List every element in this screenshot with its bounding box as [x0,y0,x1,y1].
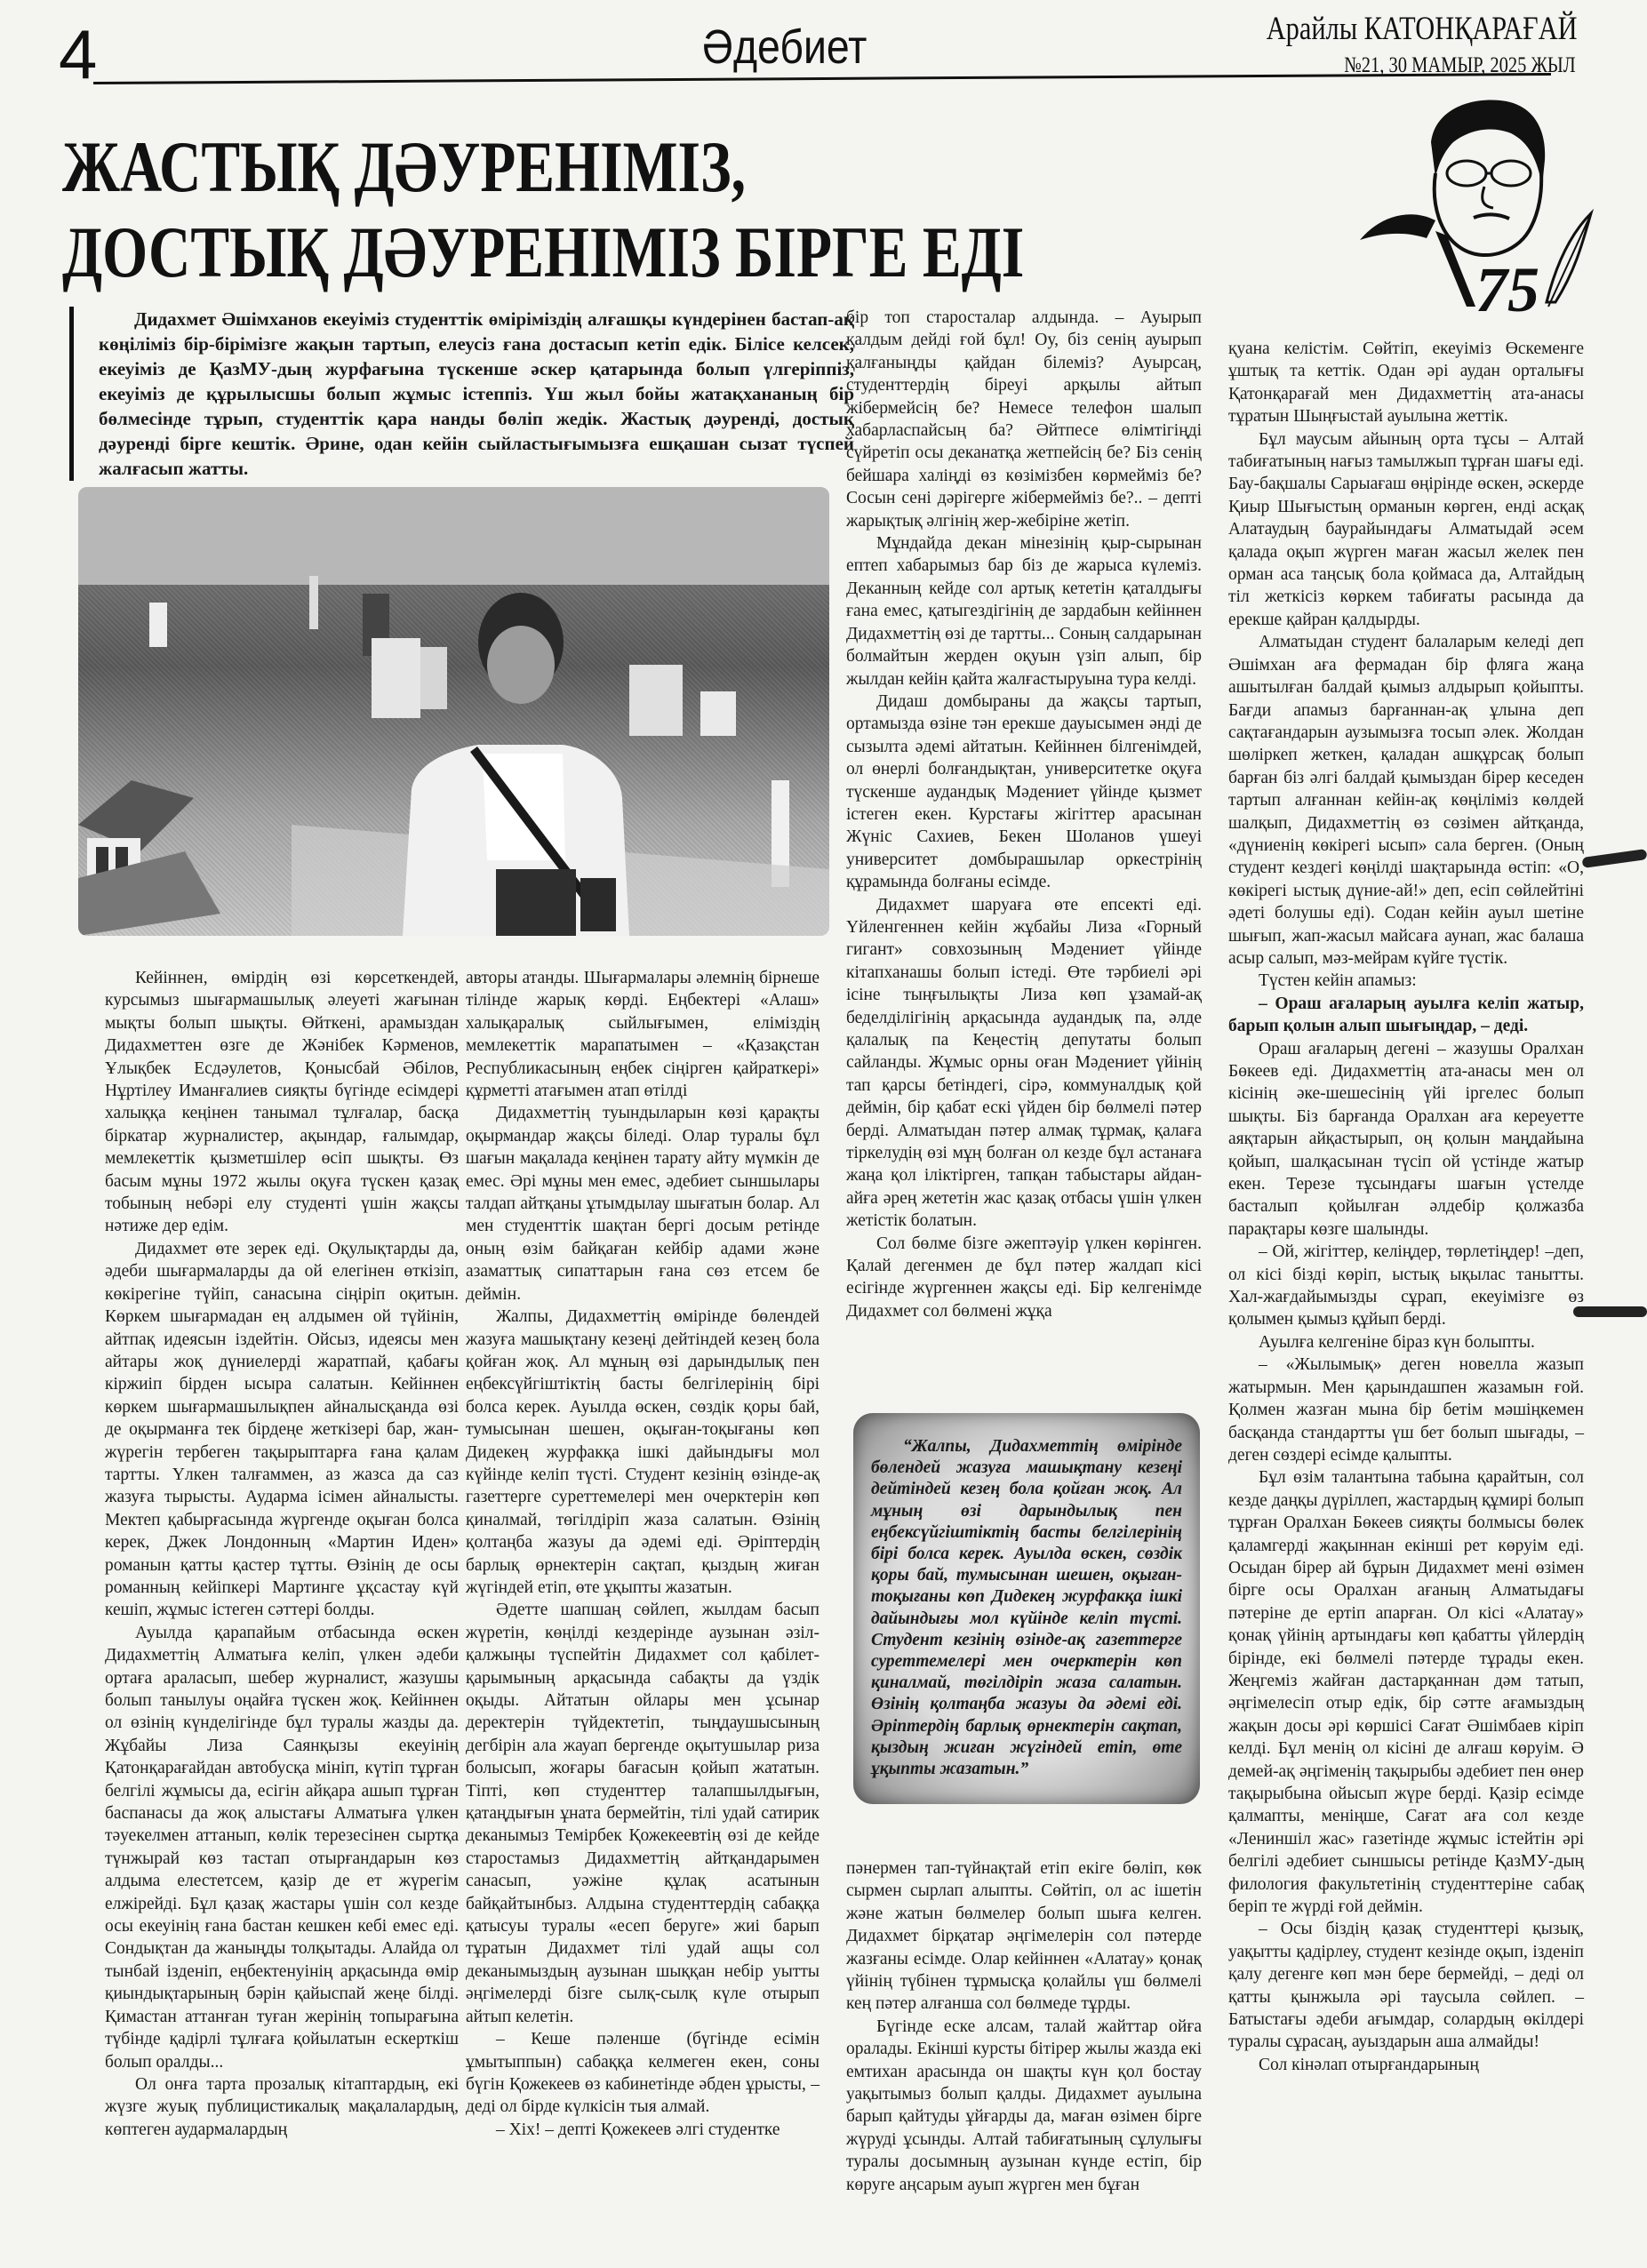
paragraph: Әдетте шапшаң сөйлеп, жылдам басып жүрет… [466,1599,820,2028]
headline-line-1: ЖАСТЫҚ ДӘУРЕНІМІЗ, [62,124,1024,210]
section-title: Әдебиет [702,23,867,71]
page-number: 4 [59,20,97,89]
paragraph: Дидахметтің туындыларын көзі қарақты оқы… [466,1102,820,1306]
pull-quote-text: “Жалпы, Дидахметтің өмірінде бөлендей жа… [871,1436,1182,1780]
paragraph: Кейіннен, өмірдің өзі көрсеткендей, курс… [105,967,459,1238]
article-lead: Дидахмет Әшімханов екеуіміз студенттік ө… [69,307,854,481]
anniversary-badge: 75 [1475,254,1539,325]
paragraph: Дидаш домбыраны да жақсы тартып, ортамыз… [846,691,1202,894]
paragraph: – Хіх! – депті Қожекеев әлгі студентке [466,2119,820,2141]
article-column-4: қуана келістім. Сөйтіп, екеуіміз Өскемен… [1228,338,1584,2076]
headline-line-2: ДОСТЫҚ ДӘУРЕНІМІЗ БІРГЕ ЕДІ [62,210,1024,295]
paragraph: Бүгінде еске алсам, талай жайттар ойға о… [846,2016,1202,2196]
paragraph: Дидахмет шаруаға өте епсекті еді. Үйленг… [846,894,1202,1233]
paragraph: Алматыдан студент балаларым келеді деп Ә… [1228,631,1584,970]
paragraph: – Ораш ағаларың ауылға келіп жатыр, бары… [1228,993,1584,1038]
header-divider [93,73,1551,84]
paragraph: Ауылға келгеніне біраз күн болыпты. [1228,1331,1584,1354]
lead-text: Дидахмет Әшімханов екеуіміз студенттік ө… [99,307,854,481]
paragraph: пәнермен тап-түйнақтай етіп екіге бөліп,… [846,1857,1202,2016]
paragraph: Дидахмет өте зерек еді. Оқулықтарды да, … [105,1238,459,1622]
paragraph: – «Жылымық» деген новелла жазып жатырмын… [1228,1354,1584,1466]
article-headline: ЖАСТЫҚ ДӘУРЕНІМІЗ, ДОСТЫҚ ДӘУРЕНІМІЗ БІР… [62,124,1024,295]
paragraph: Бұл өзім талантына табына қарайтын, сол … [1228,1466,1584,1918]
newspaper-masthead: Арайлы КАТОНҚАРАҒАЙ [1267,12,1578,45]
paragraph: Ораш ағаларың дегені – жазушы Оралхан Бө… [1228,1038,1584,1242]
paragraph: Мұндайда декан мінезінің қыр-сырынан епт… [846,532,1202,691]
paragraph: – Кеше пәленше (бүгінде есімін ұмытыппын… [466,2028,820,2119]
paragraph: Сол кінәлап отырғандарының [1228,2054,1584,2076]
binder-clip-icon [1582,849,1647,868]
article-photo [78,487,829,936]
binder-clip-icon [1573,1306,1647,1317]
paragraph: Ауылда қарапайым отбасында өскен Дидахме… [105,1622,459,2073]
paragraph: авторы атанды. Шығармалары әлемнің бірне… [466,967,820,1102]
paragraph: – Осы біздің қазақ студенттері қызық, уа… [1228,1918,1584,2053]
paragraph: Ол онға тарта прозалық кітаптардың, екі … [105,2073,459,2141]
paragraph: Бұл маусым айының орта тұсы – Алтай таби… [1228,428,1584,632]
paragraph: Түстен кейін апамыз: [1228,970,1584,992]
newspaper-prefix: Арайлы [1267,11,1357,47]
portrait-sketch-icon: 75 [1342,89,1635,329]
newspaper-name: КАТОНҚАРАҒАЙ [1364,11,1578,47]
article-column-2: авторы атанды. Шығармалары әлемнің бірне… [466,967,820,2141]
pull-quote: “Жалпы, Дидахметтің өмірінде бөлендей жа… [853,1413,1200,1804]
paragraph: Сол бөлме бізге әжептәуір үлкен көрінген… [846,1233,1202,1323]
paragraph: Жалпы, Дидахметтің өмірінде бөлендей жаз… [466,1306,820,1599]
paragraph: қуана келістім. Сөйтіп, екеуіміз Өскемен… [1228,338,1584,428]
article-column-3: бір топ старосталар алдында. – Ауырып қа… [846,307,1202,1322]
article-column-1: Кейіннен, өмірдің өзі көрсеткендей, курс… [105,967,459,2141]
paragraph: бір топ старосталар алдында. – Ауырып қа… [846,307,1202,532]
paragraph: – Ой, жігіттер, келіңдер, төрлетіңдер! –… [1228,1241,1584,1331]
article-column-3-continued: пәнермен тап-түйнақтай етіп екіге бөліп,… [846,1857,1202,2196]
